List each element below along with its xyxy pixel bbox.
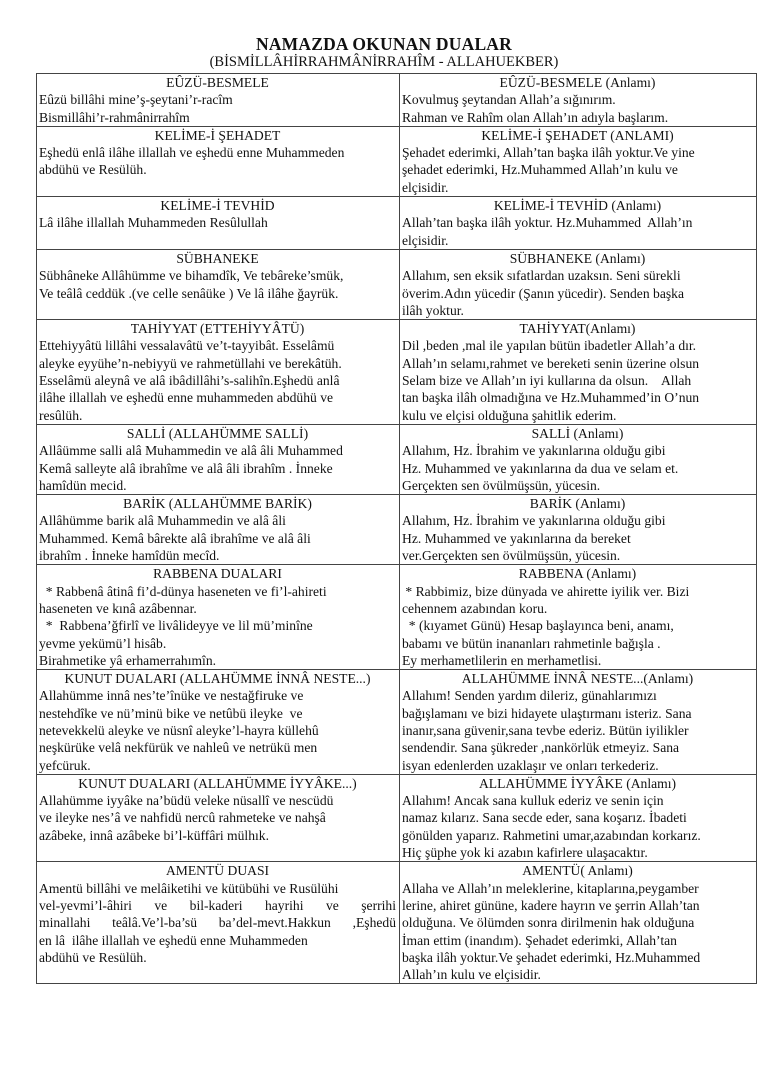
- prayer-text-line: Kemâ salleyte alâ ibrahîme ve alâ âli ib…: [39, 460, 396, 477]
- prayer-text-line: namaz kılarız. Sana secde eder, sana koş…: [402, 809, 753, 826]
- prayer-text-line: [39, 179, 396, 196]
- prayer-text-line: inanır,sana güvenir,sana tevbe ederiz. B…: [402, 722, 753, 739]
- prayer-text-line: en lâ ilâhe illallah ve eşhedü enne Muha…: [39, 932, 396, 949]
- prayer-text-line: Allahümme iyyâke na’büdü veleke nüsallî …: [39, 792, 396, 809]
- prayer-arabic-cell: SÜBHANEKESübhâneke Allâhümme ve bihamdîk…: [37, 249, 400, 319]
- document-subtitle: (BİSMİLLÂHİRRAHMÂNİRRAHÎM - ALLAHUEKBER): [0, 54, 768, 71]
- prayer-heading: SALLİ (ALLAHÜMME SALLİ): [39, 425, 396, 442]
- prayer-text-line: Bismillâhi’r-rahmânirrahîm: [39, 109, 396, 126]
- prayer-arabic-cell: SALLİ (ALLAHÜMME SALLİ)Allâümme salli al…: [37, 424, 400, 494]
- prayer-text-line: abdühü ve Resülüh.: [39, 949, 396, 966]
- prayer-text-line: Eûzü billâhi mine’ş-şeytani’r-racîm: [39, 91, 396, 108]
- prayer-text-line: Birahmetike yâ erhamerrahımîn.: [39, 652, 396, 669]
- prayer-heading: ALLAHÜMME İYYÂKE (Anlamı): [402, 775, 753, 792]
- prayer-heading: KELİME-İ ŞEHADET (ANLAMI): [402, 127, 753, 144]
- prayer-text-line: Dil ,beden ,mal ile yapılan bütün ibadet…: [402, 337, 753, 354]
- prayer-text-line: başka ilâh yoktur.Ve şehadet ederimki, H…: [402, 949, 753, 966]
- prayer-text-line: [39, 966, 396, 983]
- prayer-text-line: abdühü ve Resülüh.: [39, 161, 396, 178]
- prayer-text-line: vel-yevmi’l-âhiri ve bil-kaderi hayrihi …: [39, 897, 396, 914]
- prayer-text-line: elçisidir.: [402, 179, 753, 196]
- prayer-text-line: Allaha ve Allah’ın meleklerine, kitaplar…: [402, 880, 753, 897]
- prayer-text-line: İman ettim (inandım). Şehadet ederimki, …: [402, 932, 753, 949]
- prayer-text-line: azâbeke, innâ azâbeke bi’l-küffâri mülhı…: [39, 827, 396, 844]
- prayer-heading: SÜBHANEKE: [39, 250, 396, 267]
- prayer-row: EÛZÜ-BESMELEEûzü billâhi mine’ş-şeytani’…: [37, 74, 757, 127]
- prayer-heading: EÛZÜ-BESMELE (Anlamı): [402, 74, 753, 91]
- prayer-text-line: Ve teâlâ ceddük .(ve celle senâüke ) Ve …: [39, 285, 396, 302]
- prayer-text-line: haseneten ve kınâ azâbennar.: [39, 600, 396, 617]
- prayer-text-line: Allahım! Ancak sana kulluk ederiz ve sen…: [402, 792, 753, 809]
- prayer-meaning-cell: SÜBHANEKE (Anlamı)Allahım, sen eksik sıf…: [400, 249, 757, 319]
- prayer-text-line: ibrahîm . İnneke hamîdün mecîd.: [39, 547, 396, 564]
- prayer-text-line: * (kıyamet Günü) Hesap başlayınca beni, …: [402, 617, 753, 634]
- prayer-text-line: neşkürüke velâ nekfürük ve nahleû ve net…: [39, 739, 396, 756]
- prayer-text-line: Allah’tan başka ilâh yoktur. Hz.Muhammed…: [402, 214, 753, 231]
- prayer-meaning-cell: SALLİ (Anlamı)Allahım, Hz. İbrahim ve ya…: [400, 424, 757, 494]
- prayer-meaning-cell: RABBENA (Anlamı) * Rabbimiz, bize dünyad…: [400, 565, 757, 670]
- prayer-text-line: * Rabbimiz, bize dünyada ve ahirette iyi…: [402, 583, 753, 600]
- prayer-text-line: yevme yekümü’l hisâb.: [39, 635, 396, 652]
- prayer-heading: KUNUT DUALARI (ALLAHÜMME İNNÂ NESTE...): [39, 670, 396, 687]
- prayer-row: KUNUT DUALARI (ALLAHÜMME İYYÂKE...)Allah…: [37, 774, 757, 861]
- prayer-heading: AMENTÜ DUASI: [39, 862, 396, 879]
- prayer-heading: KUNUT DUALARI (ALLAHÜMME İYYÂKE...): [39, 775, 396, 792]
- prayer-text-line: [39, 232, 396, 249]
- prayers-table: EÛZÜ-BESMELEEûzü billâhi mine’ş-şeytani’…: [36, 73, 757, 984]
- prayer-text-line: sendendir. Sana şükreder ,nankörlük etme…: [402, 739, 753, 756]
- prayer-text-line: bağışlamanı ve bizi hidayete ulaştırmanı…: [402, 705, 753, 722]
- prayer-arabic-cell: TAHİYYAT (ETTEHİYYÂTÜ)Ettehiyyâtü lillâh…: [37, 320, 400, 425]
- document-title: NAMAZDA OKUNAN DUALAR: [0, 34, 768, 55]
- prayer-text-line: Kovulmuş şeytandan Allah’a sığınırım.: [402, 91, 753, 108]
- prayer-row: BARİK (ALLAHÜMME BARİK)Allâhümme barik a…: [37, 495, 757, 565]
- prayer-row: AMENTÜ DUASIAmentü billâhi ve melâiketih…: [37, 862, 757, 984]
- prayer-text-line: Esselâmü aleynâ ve alâ ibâdillâhi’s-sali…: [39, 372, 396, 389]
- prayer-text-line: Gerçekten sen övülmüşsün, yücesin.: [402, 477, 753, 494]
- prayer-arabic-cell: BARİK (ALLAHÜMME BARİK)Allâhümme barik a…: [37, 495, 400, 565]
- prayer-arabic-cell: KUNUT DUALARI (ALLAHÜMME İNNÂ NESTE...)A…: [37, 670, 400, 775]
- prayer-heading: RABBENA (Anlamı): [402, 565, 753, 582]
- prayer-text-line: Allahım, Hz. İbrahim ve yakınlarına oldu…: [402, 512, 753, 529]
- prayer-row: RABBENA DUALARI * Rabbenâ âtinâ fi’d-dün…: [37, 565, 757, 670]
- prayer-meaning-cell: EÛZÜ-BESMELE (Anlamı)Kovulmuş şeytandan …: [400, 74, 757, 127]
- prayer-heading: BARİK (ALLAHÜMME BARİK): [39, 495, 396, 512]
- prayer-text-line: Amentü billâhi ve melâiketihi ve kütübüh…: [39, 880, 396, 897]
- prayer-row: SÜBHANEKESübhâneke Allâhümme ve bihamdîk…: [37, 249, 757, 319]
- prayer-text-line: elçisidir.: [402, 232, 753, 249]
- prayer-text-line: * Rabbenâ âtinâ fi’d-dünya haseneten ve …: [39, 583, 396, 600]
- prayer-text-line: Allahım, sen eksik sıfatlardan uzaksın. …: [402, 267, 753, 284]
- prayer-text-line: Eşhedü enlâ ilâhe illallah ve eşhedü enn…: [39, 144, 396, 161]
- prayer-text-line: Muhammed. Kemâ bârekte alâ ibrahîme ve a…: [39, 530, 396, 547]
- prayer-text-line: ilâh yoktur.: [402, 302, 753, 319]
- prayer-heading: EÛZÜ-BESMELE: [39, 74, 396, 91]
- prayer-row: TAHİYYAT (ETTEHİYYÂTÜ)Ettehiyyâtü lillâh…: [37, 320, 757, 425]
- prayer-arabic-cell: KELİME-İ TEVHİDLâ ilâhe illallah Muhamme…: [37, 197, 400, 250]
- prayer-text-line: isyan edenlerden uzaklaşır ve onları ter…: [402, 757, 753, 774]
- prayer-text-line: aleyke eyyühe’n-nebiyyü ve rahmetüllahi …: [39, 355, 396, 372]
- prayer-text-line: ve ileyke nes’â ve nahfidü nercû rahmete…: [39, 809, 396, 826]
- prayer-text-line: överim.Adın yücedir (Şanın yücedir). Sen…: [402, 285, 753, 302]
- prayer-heading: KELİME-İ ŞEHADET: [39, 127, 396, 144]
- prayer-text-line: Rahman ve Rahîm olan Allah’ın adıyla baş…: [402, 109, 753, 126]
- prayer-text-line: Hz. Muhammed ve yakınlarına da dua ve se…: [402, 460, 753, 477]
- prayer-text-line: Selam bize ve Allah’ın iyi kullarına da …: [402, 372, 753, 389]
- prayer-text-line: Allahım, Hz. İbrahim ve yakınlarına oldu…: [402, 442, 753, 459]
- prayer-arabic-cell: EÛZÜ-BESMELEEûzü billâhi mine’ş-şeytani’…: [37, 74, 400, 127]
- prayer-text-line: şehadet ederimki, Hz.Muhammed Allah’ın k…: [402, 161, 753, 178]
- prayer-text-line: Allahümme innâ nes’te’înüke ve nestağfir…: [39, 687, 396, 704]
- prayer-text-line: kulu ve elçisi olduğuna şahitlik ederim.: [402, 407, 753, 424]
- prayer-heading: AMENTÜ( Anlamı): [402, 862, 753, 879]
- prayer-text-line: gönülden yaparız. Rahmetini umar,azabınd…: [402, 827, 753, 844]
- prayer-text-line: Hz. Muhammed ve yakınlarına da bereket: [402, 530, 753, 547]
- prayer-text-line: lerine, ahiret gününe, kadere hayrın ve …: [402, 897, 753, 914]
- prayer-meaning-cell: AMENTÜ( Anlamı)Allaha ve Allah’ın melekl…: [400, 862, 757, 984]
- prayer-text-line: Hiç şüphe yok ki azabın kafirlere ulaşac…: [402, 844, 753, 861]
- prayer-text-line: Ettehiyyâtü lillâhi vessalavâtü ve’t-tay…: [39, 337, 396, 354]
- prayer-text-line: cehennem azabından koru.: [402, 600, 753, 617]
- prayer-arabic-cell: AMENTÜ DUASIAmentü billâhi ve melâiketih…: [37, 862, 400, 984]
- prayer-heading: SALLİ (Anlamı): [402, 425, 753, 442]
- prayer-row: KUNUT DUALARI (ALLAHÜMME İNNÂ NESTE...)A…: [37, 670, 757, 775]
- prayer-meaning-cell: TAHİYYAT(Anlamı)Dil ,beden ,mal ile yapı…: [400, 320, 757, 425]
- prayer-text-line: tan başka ilâh olmadığına ve Hz.Muhammed…: [402, 389, 753, 406]
- prayer-text-line: Allâümme salli alâ Muhammedin ve alâ âli…: [39, 442, 396, 459]
- prayer-text-line: Ey merhametlilerin en merhametlisi.: [402, 652, 753, 669]
- prayer-row: KELİME-İ TEVHİDLâ ilâhe illallah Muhamme…: [37, 197, 757, 250]
- prayer-text-line: ilâhe illallah ve eşhedü enne muhammeden…: [39, 389, 396, 406]
- prayer-text-line: Allah’ın kulu ve elçisidir.: [402, 966, 753, 983]
- prayer-row: SALLİ (ALLAHÜMME SALLİ)Allâümme salli al…: [37, 424, 757, 494]
- prayer-row: KELİME-İ ŞEHADETEşhedü enlâ ilâhe illall…: [37, 126, 757, 196]
- prayer-heading: RABBENA DUALARI: [39, 565, 396, 582]
- prayer-meaning-cell: BARİK (Anlamı)Allahım, Hz. İbrahim ve ya…: [400, 495, 757, 565]
- prayer-arabic-cell: RABBENA DUALARI * Rabbenâ âtinâ fi’d-dün…: [37, 565, 400, 670]
- prayer-heading: ALLAHÜMME İNNÂ NESTE...(Anlamı): [402, 670, 753, 687]
- prayer-heading: TAHİYYAT(Anlamı): [402, 320, 753, 337]
- prayer-text-line: ver.Gerçekten sen övülmüşsün, yücesin.: [402, 547, 753, 564]
- prayer-arabic-cell: KUNUT DUALARI (ALLAHÜMME İYYÂKE...)Allah…: [37, 774, 400, 861]
- prayer-heading: SÜBHANEKE (Anlamı): [402, 250, 753, 267]
- prayer-text-line: hamîdün mecid.: [39, 477, 396, 494]
- prayer-text-line: Sübhâneke Allâhümme ve bihamdîk, Ve tebâ…: [39, 267, 396, 284]
- prayer-meaning-cell: KELİME-İ TEVHİD (Anlamı)Allah’tan başka …: [400, 197, 757, 250]
- prayer-text-line: babamı ve bütün inananları rahmetinle ba…: [402, 635, 753, 652]
- prayer-text-line: Lâ ilâhe illallah Muhammeden Resûlullah: [39, 214, 396, 231]
- prayer-text-line: [39, 844, 396, 861]
- prayer-meaning-cell: ALLAHÜMME İNNÂ NESTE...(Anlamı)Allahım! …: [400, 670, 757, 775]
- prayer-text-line: Şehadet ederimki, Allah’tan başka ilâh y…: [402, 144, 753, 161]
- prayer-heading: TAHİYYAT (ETTEHİYYÂTÜ): [39, 320, 396, 337]
- prayer-text-line: Allâhümme barik alâ Muhammedin ve alâ âl…: [39, 512, 396, 529]
- prayer-text-line: yefcüruk.: [39, 757, 396, 774]
- prayer-text-line: nestehdîke ve nü’minü bike ve netûbü ile…: [39, 705, 396, 722]
- prayer-text-line: netevekkelü aleyke ve nüsnî aleyke’l-hay…: [39, 722, 396, 739]
- prayer-text-line: [39, 302, 396, 319]
- prayer-heading: KELİME-İ TEVHİD: [39, 197, 396, 214]
- prayer-text-line: minallahi teâlâ.Ve’l-ba’sü ba’del-mevt.H…: [39, 914, 396, 931]
- prayer-text-line: olduğuna. Ve ölümden sonra dirilmenin ha…: [402, 914, 753, 931]
- prayer-meaning-cell: ALLAHÜMME İYYÂKE (Anlamı)Allahım! Ancak …: [400, 774, 757, 861]
- prayer-text-line: Allahım! Senden yardım dileriz, günahlar…: [402, 687, 753, 704]
- prayer-heading: BARİK (Anlamı): [402, 495, 753, 512]
- prayer-meaning-cell: KELİME-İ ŞEHADET (ANLAMI)Şehadet ederimk…: [400, 126, 757, 196]
- prayer-heading: KELİME-İ TEVHİD (Anlamı): [402, 197, 753, 214]
- prayer-text-line: * Rabbena’ğfirlî ve livâlideyye ve lil m…: [39, 617, 396, 634]
- prayer-arabic-cell: KELİME-İ ŞEHADETEşhedü enlâ ilâhe illall…: [37, 126, 400, 196]
- prayer-text-line: Allah’ın selamı,rahmet ve bereketi senin…: [402, 355, 753, 372]
- prayer-text-line: resûlüh.: [39, 407, 396, 424]
